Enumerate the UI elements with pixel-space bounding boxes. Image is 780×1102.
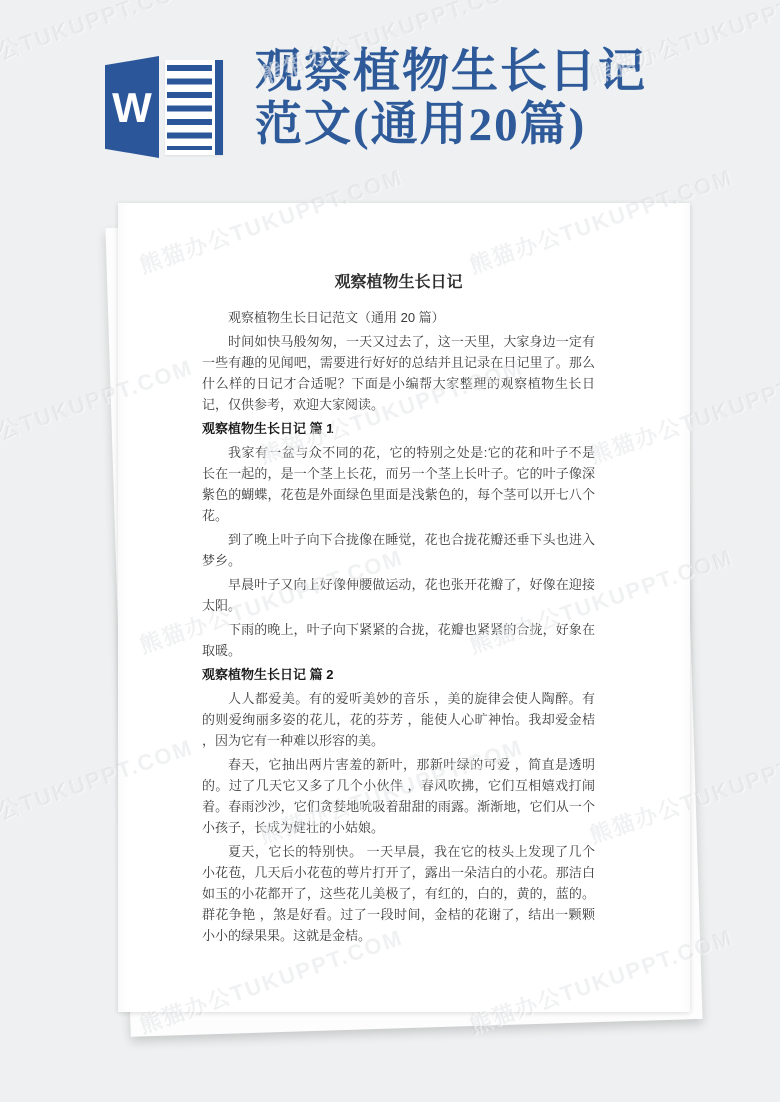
doc-right-bar	[215, 60, 223, 155]
page-title: 观察植物生长日记 范文(通用20篇)	[255, 46, 647, 152]
paragraph: 时间如快马般匆匆，一天又过去了，这一天里，大家身边一定有一些有趣的见闻吧，需要进…	[202, 331, 595, 415]
paragraph: 早晨叶子又向上好像伸腰做运动，花也张开花瓣了，好像在迎接太阳。	[202, 574, 595, 616]
doc-text-lines	[167, 65, 212, 150]
section-heading: 观察植物生长日记 篇 2	[202, 664, 595, 685]
header: W 观察植物生长日记 范文(通用20篇)	[105, 46, 647, 160]
paragraph: 人人都爱美。有的爱听美妙的音乐 ，美的旋律会使人陶醉。有的则爱绚丽多姿的花儿，花…	[202, 688, 595, 751]
document-title: 观察植物生长日记	[202, 273, 595, 293]
page-title-line-2: 范文(通用20篇)	[255, 99, 647, 152]
paragraph: 到了晚上叶子向下合拢像在睡觉，花也合拢花瓣还垂下头也进入梦乡。	[202, 529, 595, 571]
paragraph: 夏天，它长的特别快。 一天早晨，我在它的枝头上发现了几个小花苞，几天后小花苞的萼…	[202, 841, 595, 946]
page-canvas: 熊猫办公TUKUPPT.COM熊猫办公TUKUPPT.COM熊猫办公TUKUPP…	[0, 0, 780, 1102]
word-icon: W	[105, 56, 225, 160]
word-logo-panel: W	[105, 56, 159, 158]
word-doclines-icon	[165, 60, 223, 155]
section-heading: 观察植物生长日记 篇 1	[202, 418, 595, 439]
paragraph: 我家有一盆与众不同的花，它的特别之处是:它的花和叶子不是长在一起的，是一个茎上长…	[202, 442, 595, 526]
word-logo-letter: W	[112, 87, 152, 129]
paragraph: 观察植物生长日记范文（通用 20 篇）	[202, 307, 595, 328]
page-title-line-1: 观察植物生长日记	[255, 46, 647, 99]
document-page: 观察植物生长日记 观察植物生长日记范文（通用 20 篇）时间如快马般匆匆，一天又…	[118, 203, 690, 1012]
paragraph: 春天，它抽出两片害羞的新叶，那新叶绿的可爱 ，简直是透明的。过了几天它又多了几个…	[202, 754, 595, 838]
document-body: 观察植物生长日记范文（通用 20 篇）时间如快马般匆匆，一天又过去了，这一天里，…	[202, 307, 595, 946]
paragraph: 下雨的晚上，叶子向下紧紧的合拢，花瓣也紧紧的合拢，好象在取暖。	[202, 619, 595, 661]
